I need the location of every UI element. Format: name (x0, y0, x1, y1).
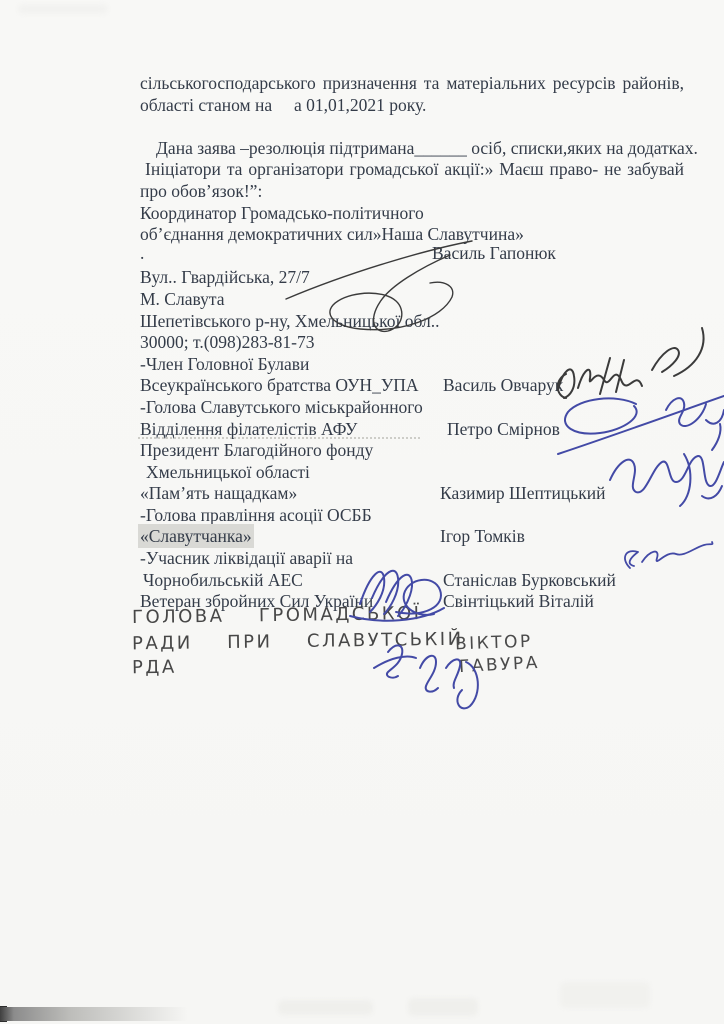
line-text: Президент Благодійного фонду (140, 440, 373, 460)
line-text: Вул.. Гвардійська, 27/7 (140, 267, 310, 287)
signatory-name: Петро Смірнов (447, 419, 560, 441)
text-line: Хмельницької області (140, 462, 684, 484)
handwritten-name-line-2: ГАВУРА (459, 653, 541, 677)
text-line: Вул.. Гвардійська, 27/7 (140, 267, 684, 289)
text-line: про обов’язок!”: (140, 181, 684, 203)
text-line: Ініціатори та організатори громадської а… (140, 159, 684, 181)
text-line: .Василь Гапонюк (140, 246, 684, 268)
line-text: Чорнобильській АЕС (140, 570, 303, 590)
scan-bottom-strip-artifact (0, 1007, 190, 1021)
line-text: області станом на а 01,01,2021 року. (140, 95, 426, 115)
scan-smudge (408, 998, 478, 1016)
signatory-name: Казимир Шептицький (440, 483, 605, 505)
text-line: області станом на а 01,01,2021 року. (140, 95, 684, 117)
text-line: Чорнобильській АЕССтаніслав Бурковський (140, 570, 684, 592)
line-text: об’єднання демократичних сил»Наша Славут… (140, 224, 524, 244)
line-text: 30000; т.(098)283-81-73 (140, 332, 315, 352)
line-text: Відділення філателістів АФУ (140, 419, 357, 439)
line-text: Координатор Громадсько-політичного (140, 203, 424, 223)
line-text: М. Славута (140, 289, 225, 309)
text-line: Всеукраїнського братства ОУН_УПАВасиль О… (140, 375, 684, 397)
line-text: Хмельницької області (140, 462, 310, 482)
line-text: «Славутчанка» (140, 526, 252, 546)
document-lines: сільськогосподарського призначення та ма… (140, 73, 684, 613)
line-text: -Голова Славутського міськрайонного (140, 397, 423, 417)
scan-smudge (560, 982, 650, 1008)
line-text: -Учасник ліквідації аварії на (140, 548, 353, 568)
line-text: сільськогосподарського призначення та ма… (140, 73, 684, 93)
line-text: Дана заява –резолюція підтримана______ о… (140, 138, 698, 158)
signatory-name: Василь Овчарук (443, 375, 563, 397)
text-line: Шепетівського р-ну, Хмельницької обл.. (140, 311, 684, 333)
handwritten-line-2: РАДИ ПРИ СЛАВУТСЬКІЙ (132, 629, 464, 655)
handwritten-line-1: ГОЛОВА ГРОМАДСЬКОЇ (132, 603, 422, 628)
signatory-name: Ігор Томків (440, 526, 525, 548)
line-text: Ініціатори та організатори громадської а… (140, 159, 684, 179)
signatory-name: Василь Гапонюк (432, 246, 556, 260)
line-text: про обов’язок!”: (140, 181, 262, 201)
text-line: М. Славута (140, 289, 684, 311)
text-line: Координатор Громадсько-політичного (140, 203, 684, 225)
text-line: -Голова правління асоції ОСББ (140, 505, 684, 527)
text-line: 30000; т.(098)283-81-73 (140, 332, 684, 354)
scan-smudge (278, 1000, 373, 1015)
handwritten-name-line-1: ВІКТОР (455, 632, 533, 655)
scanned-page: сільськогосподарського призначення та ма… (0, 0, 724, 1024)
line-text: Всеукраїнського братства ОУН_УПА (140, 375, 418, 395)
text-line: -Член Головної Булави (140, 354, 684, 376)
text-line: Дана заява –резолюція підтримана______ о… (140, 138, 684, 160)
line-text: . (140, 243, 144, 263)
signatory-name: Свінтіцький Віталій (443, 591, 594, 613)
line-text: -Член Головної Булави (140, 354, 309, 374)
text-line: «Славутчанка»Ігор Томків (140, 526, 684, 548)
scan-smudge (18, 4, 108, 14)
line-text: «Пам’ять нащадкам» (140, 483, 297, 503)
text-line: Президент Благодійного фонду (140, 440, 684, 462)
handwritten-line-3: РДА (132, 657, 177, 679)
text-line: «Пам’ять нащадкам»Казимир Шептицький (140, 483, 684, 505)
line-text: Шепетівського р-ну, Хмельницької обл.. (140, 311, 439, 331)
signatory-name: Станіслав Бурковський (443, 570, 616, 592)
text-line: об’єднання демократичних сил»Наша Славут… (140, 224, 684, 246)
text-line: -Учасник ліквідації аварії на (140, 548, 684, 570)
text-line: -Голова Славутського міськрайонного (140, 397, 684, 419)
text-line: сільськогосподарського призначення та ма… (140, 73, 684, 95)
line-text: -Голова правління асоції ОСББ (140, 505, 372, 525)
text-line (140, 116, 684, 138)
